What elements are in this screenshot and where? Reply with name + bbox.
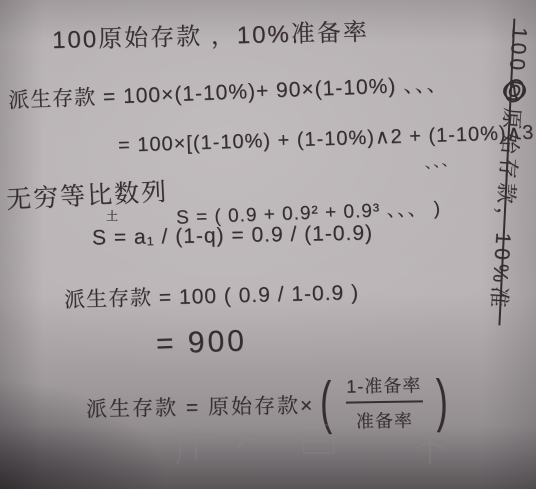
result-value-line: = 900: [155, 324, 247, 361]
derived-deposit-bracket-line: = 100×[(1-10%) + (1-10%)∧2 + (1-10%)∧3 ]: [118, 119, 536, 157]
general-formula-lhs: 派生存款 = 原始存款×: [86, 389, 315, 423]
fraction-denominator: 准备率: [345, 400, 423, 433]
general-formula-line: 派生存款 = 原始存款× ( 1-准备率 准备率 ): [85, 371, 454, 438]
reserve-ratio-fraction: 1-准备率 准备率: [340, 371, 428, 434]
margin-note-prefix: 100: [504, 26, 531, 75]
handwritten-note-photo: 100原始存款 ，10%准备率 派生存款 = 100×(1-10%)+ 90×(…: [0, 0, 536, 489]
correction-mark: 土: [106, 207, 119, 224]
open-paren: (: [320, 377, 333, 429]
derived-deposit-expansion-line: 派生存款 = 100×(1-10%)+ 90×(1-10%) 、、、: [8, 68, 449, 115]
close-paren: ): [435, 375, 448, 427]
derived-deposit-numeric-line: 派生存款 = 100 ( 0.9 / 1-0.9 ): [64, 276, 360, 314]
infinite-geometric-series-label: 无穷等比数列: [5, 172, 169, 216]
vertical-margin-note: 100 原始存款，10%准: [484, 26, 534, 312]
fraction-numerator: 1-准备率: [340, 371, 428, 402]
ellipsis-under-bracket: 、、、: [423, 148, 459, 173]
note-title: 100原始存款 ，10%准备率: [52, 12, 370, 55]
series-formula-line: S = a₁ / (1-q) = 0.9 / (1-0.9): [92, 222, 373, 251]
scribbled-out-character-icon: [501, 77, 529, 105]
